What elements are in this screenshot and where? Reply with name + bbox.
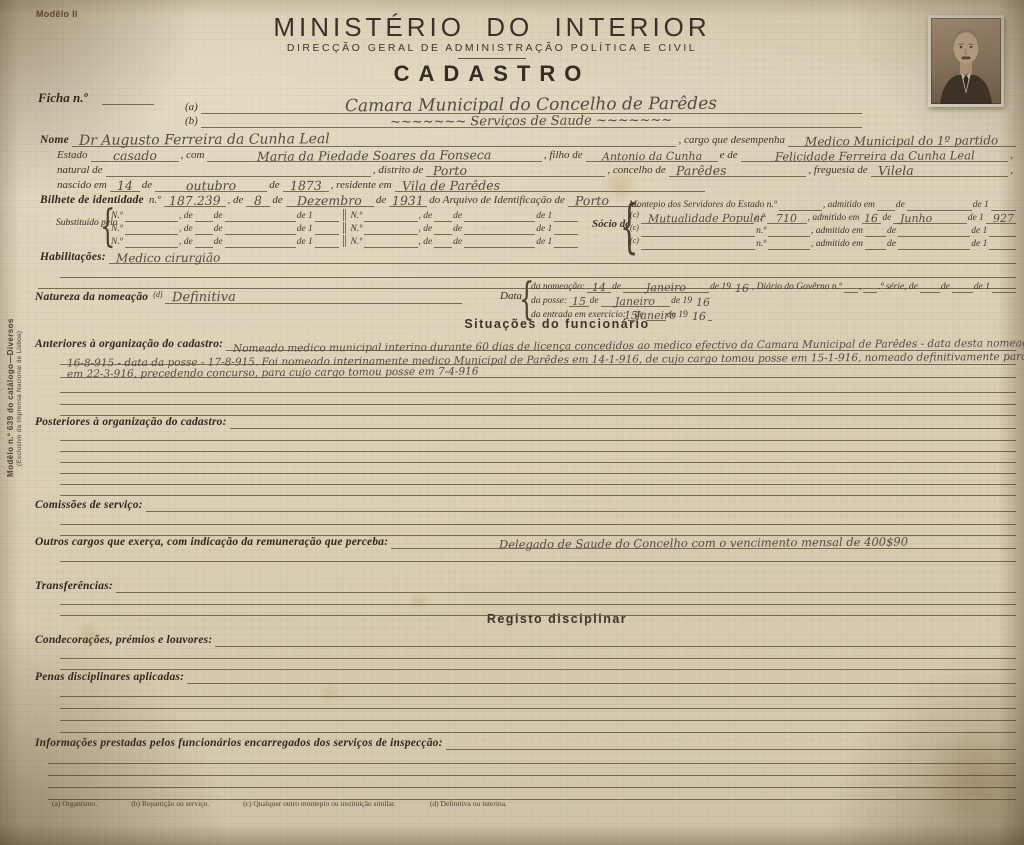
- nascido-line: nascido em14deoutubrode1873, residente e…: [55, 177, 705, 192]
- anteriores-text-3: em 22-3-916, precedendo concurso, para c…: [60, 362, 1016, 378]
- handwritten-value: Janeiro: [634, 310, 678, 321]
- handwritten-value: Porto: [573, 194, 611, 207]
- field-line: [708, 305, 712, 321]
- field-label: da entrada em exercício:: [530, 311, 628, 322]
- field-label: N.º: [110, 238, 125, 249]
- field-label: de 1: [296, 238, 315, 249]
- marker-b: (b): [183, 116, 201, 128]
- footnotes: (a) Organismo. (b) Repartição ou serviço…: [52, 799, 507, 808]
- natureza-line: Natureza da nomeação(d)Definitiva: [33, 289, 462, 304]
- field-label: N.º: [350, 238, 365, 249]
- field-label: nascido em: [55, 180, 110, 192]
- footnote-marker-c: (c): [628, 237, 641, 245]
- ficha-number-line: [102, 92, 154, 105]
- field-line: [60, 717, 1016, 733]
- direction-subtitle: DIRECÇÃO GERAL DE ADMINISTRAÇÃO POLÍTICA…: [0, 42, 984, 54]
- field-line: [60, 546, 1016, 562]
- field-label: .ª série, de: [877, 283, 920, 294]
- servico-value: ~~~~~~~ Serviços de Saude ~~~~~~~: [201, 112, 862, 128]
- field-line: [554, 232, 578, 248]
- ministry-title: MINISTÉRIO DO INTERIOR: [0, 12, 984, 43]
- field-line-filled: Parêdes: [669, 161, 807, 177]
- handwritten-value: 16: [690, 311, 708, 322]
- side-imprint-model: Modêlo n.º 639 do catálogo—Diversos: [6, 278, 16, 518]
- ruled-line: [60, 718, 1016, 733]
- natureza-label: Natureza da nomeação: [33, 292, 151, 305]
- field-line: [920, 277, 940, 293]
- ruled-line: [60, 481, 1016, 496]
- field-line-filled: Maria da Piedade Soares da Fonseca: [207, 146, 541, 162]
- handwritten-value: 16: [733, 283, 751, 294]
- field-label: de: [452, 238, 464, 249]
- field-line: [48, 784, 1016, 800]
- field-line-filled: 8: [246, 191, 270, 207]
- field-line: [60, 600, 1016, 616]
- ruled-line: [48, 785, 1016, 800]
- data-exercicio-line: da entrada em exercício:15deJaneirode 19…: [530, 306, 712, 321]
- field-line: [863, 277, 877, 293]
- field-label: , de: [418, 238, 435, 249]
- bilhete-line: Bilhete de identidaden.º187.239, de8deDe…: [38, 192, 640, 207]
- field-label: ,: [1008, 150, 1016, 162]
- field-line-filled: Vila de Parêdes: [395, 176, 705, 192]
- form-title: CADASTRO: [0, 61, 984, 87]
- field-label: , de: [178, 238, 195, 249]
- footnote-c: (c) Qualquer outro montepio ou instituiç…: [243, 799, 396, 808]
- data-posse-line: da posse:15deJaneirode 1916: [530, 292, 712, 307]
- field-line-filled: 1873: [283, 176, 329, 192]
- field-label: ,: [1008, 165, 1016, 177]
- field-line: [844, 277, 858, 293]
- footnote-b: (b) Repartição ou serviço.: [131, 799, 209, 808]
- scanned-cadastro-form: Modêlo II MINISTÉRIO DO INTERIOR DIRECÇÃ…: [0, 0, 1024, 845]
- side-imprint-press: (Exclusivo da Imprensa Nacional de Lisbo…: [16, 278, 24, 518]
- double-rule: [343, 235, 346, 247]
- field-label: , Diário do Govêrno n.º: [751, 283, 844, 294]
- field-label: Estado: [55, 150, 91, 162]
- footnote-d: (d) Definitiva ou interina.: [430, 799, 507, 808]
- footnote-marker-c: (c): [628, 211, 641, 219]
- field-label: , freguesia de: [806, 165, 870, 177]
- field-line: [952, 277, 973, 293]
- field-label: natural de: [55, 165, 106, 177]
- field-line: [225, 232, 296, 248]
- handwritten-value: Vilela: [876, 164, 916, 177]
- field-line: [992, 277, 1016, 293]
- footnote-marker-c: (c): [628, 224, 641, 232]
- field-line-filled: Vilela: [871, 161, 1009, 177]
- nome-label: Nome: [38, 135, 72, 148]
- anteriores-line: em 22-3-916, precedendo concurso, para c…: [60, 363, 1016, 378]
- ficha-label: Ficha n.º: [38, 90, 87, 106]
- side-imprint: Modêlo n.º 639 do catálogo—Diversos (Exc…: [2, 278, 28, 518]
- field-label: de 1: [535, 238, 554, 249]
- portrait-photo-image: [931, 18, 1001, 104]
- field-line-filled: Janeiro: [646, 305, 666, 321]
- field-line: [315, 232, 339, 248]
- field-line-filled: Porto: [426, 161, 605, 177]
- servico-value: ~~~~~~~ Serviços de Saude ~~~~~~~: [388, 114, 674, 129]
- field-line-filled: Antonio da Cunha: [586, 146, 718, 162]
- field-line: [106, 161, 371, 177]
- field-label: de 19: [709, 283, 733, 294]
- header-rule: [458, 58, 526, 59]
- field-line-filled: 187.239: [164, 191, 226, 207]
- footnote-marker-d: (d): [151, 291, 164, 299]
- cargo-value: Medico Municipal do 1º partido: [788, 130, 1016, 147]
- field-label: de 1: [973, 283, 992, 294]
- natureza-value: Definitiva: [165, 288, 462, 304]
- field-line: [195, 232, 213, 248]
- ruled-line: [60, 601, 1016, 616]
- paper-page: Modêlo II MINISTÉRIO DO INTERIOR DIRECÇÃ…: [0, 0, 1024, 845]
- field-line: [434, 232, 452, 248]
- field-line-filled: 1931: [389, 191, 427, 207]
- ruled-line: [60, 547, 1016, 562]
- estado-line: Estadocasado, comMaria da Piedade Soares…: [55, 147, 1016, 162]
- field-line: [125, 232, 178, 248]
- handwritten-value: 14: [115, 179, 135, 192]
- portrait-photo: [928, 15, 1004, 107]
- footnote-a: (a) Organismo.: [52, 799, 97, 808]
- field-line-filled: Felicidade Ferreira da Cunha Leal: [741, 146, 1009, 162]
- field-line-filled: 15: [628, 305, 634, 321]
- field-line-filled: 14: [110, 176, 140, 192]
- field-line: [364, 232, 417, 248]
- nome-value: Dr Augusto Ferreira da Cunha Leal: [72, 130, 677, 147]
- natureza-value: Definitiva: [170, 291, 238, 304]
- natural-line: natural de, distrito dePorto, concelho d…: [55, 162, 1016, 177]
- field-line-filled: Dezembro: [286, 191, 374, 207]
- field-label: de: [940, 283, 952, 294]
- field-line-filled: 15: [569, 291, 588, 307]
- field-label: de: [213, 238, 225, 249]
- field-line-filled: casado: [91, 146, 179, 162]
- field-line: [464, 232, 535, 248]
- field-line: [60, 480, 1016, 496]
- substituido-row: N.º, dedede 1N.º, dedede 1: [110, 233, 578, 248]
- nome-line: NomeDr Augusto Ferreira da Cunha Leal, c…: [38, 131, 1016, 147]
- field-label: de: [140, 180, 155, 192]
- field-line-filled: outubro: [155, 176, 267, 192]
- servico-line: (b)~~~~~~~ Serviços de Saude ~~~~~~~: [183, 113, 862, 128]
